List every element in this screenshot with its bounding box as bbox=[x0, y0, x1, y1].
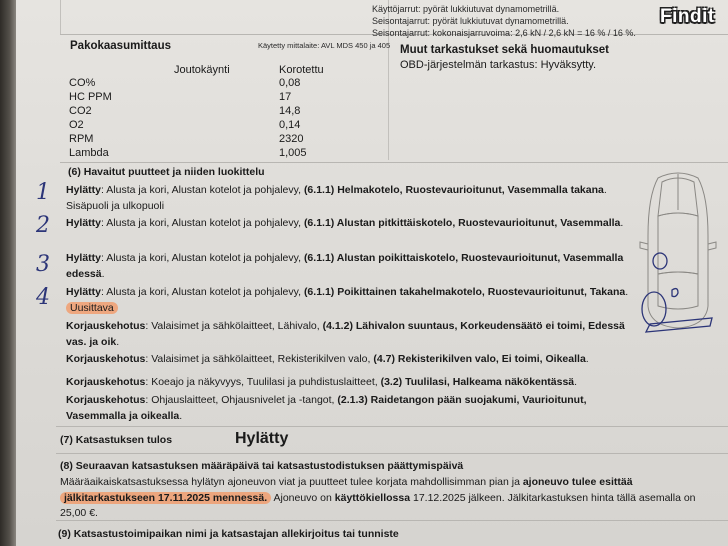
column-header-idle: Joutokäynti bbox=[174, 64, 230, 76]
defect-category: : Valaisimet ja sähkölaitteet, Lähivalo, bbox=[145, 320, 322, 332]
exhaust-row: CO% 0,08 bbox=[69, 77, 369, 91]
bold-text: ajoneuvo tulee esittää bbox=[523, 476, 633, 488]
divider bbox=[56, 453, 728, 454]
result-value: Hylätty bbox=[235, 430, 288, 448]
punctuation: . bbox=[102, 268, 105, 280]
exhaust-row: HC PPM 17 bbox=[69, 91, 369, 105]
defect-category: : Alusta ja kori, Alustan kotelot ja poh… bbox=[101, 217, 304, 229]
punctuation: . bbox=[116, 336, 119, 348]
divider bbox=[60, 162, 728, 163]
exhaust-label: Lambda bbox=[69, 147, 109, 159]
defects-title: (6) Havaitut puutteet ja niiden luokitte… bbox=[68, 166, 265, 178]
defect-item: Korjauskehotus: Valaisimet ja sähkölaitt… bbox=[66, 318, 636, 350]
punctuation: . bbox=[625, 286, 628, 298]
next-inspection-title: (8) Seuraavan katsastuksen määräpäivä ta… bbox=[60, 460, 463, 472]
exhaust-value: 0,08 bbox=[279, 77, 300, 89]
defect-description: (6.1.1) Helmakotelo, Ruostevaurioitunut,… bbox=[304, 184, 604, 196]
defect-item: Korjauskehotus: Koeajo ja näkyvyys, Tuul… bbox=[66, 374, 636, 390]
findit-logo: Findit bbox=[660, 6, 715, 28]
exhaust-value: 0,14 bbox=[279, 119, 300, 131]
defect-description: (4.7) Rekisterikilven valo, Ei toimi, Oi… bbox=[373, 353, 585, 365]
defect-description: (6.1.1) Alustan pitkittäiskotelo, Ruoste… bbox=[304, 217, 620, 229]
brake-line: Käyttöjarrut: pyörät lukkiutuvat dynamom… bbox=[372, 3, 636, 15]
text: Määräaikaiskatsastuksessa hylätyn ajoneu… bbox=[60, 476, 523, 488]
highlighted-note: Uusittava bbox=[66, 302, 118, 314]
brake-line: Seisontajarrut: pyörät lukkiutuvat dynam… bbox=[372, 15, 636, 27]
car-diagram-icon bbox=[636, 166, 720, 334]
defect-status: Hylätty bbox=[66, 184, 101, 196]
defect-category: : Alusta ja kori, Alustan kotelot ja poh… bbox=[101, 184, 304, 196]
signature-title: (9) Katsastustoimipaikan nimi ja katsast… bbox=[58, 528, 399, 540]
handwritten-number: 1 bbox=[36, 180, 50, 205]
exhaust-label: CO2 bbox=[69, 105, 92, 117]
punctuation: . bbox=[179, 410, 182, 422]
exhaust-value: 1,005 bbox=[279, 147, 307, 159]
punctuation: . bbox=[586, 353, 589, 365]
exhaust-title: Pakokaasumittaus bbox=[70, 40, 171, 52]
handwritten-number: 3 bbox=[36, 252, 50, 277]
defect-item: Hylätty: Alusta ja kori, Alustan kotelot… bbox=[66, 182, 636, 214]
defect-description: (6.1.1) Poikittainen takahelmakotelo, Ru… bbox=[304, 286, 625, 298]
exhaust-row: O2 0,14 bbox=[69, 119, 369, 133]
exhaust-row: RPM 2320 bbox=[69, 133, 369, 147]
defect-item: Korjauskehotus: Ohjauslaitteet, Ohjausni… bbox=[66, 392, 636, 424]
handwritten-number: 4 bbox=[36, 285, 50, 310]
divider bbox=[60, 0, 61, 34]
defect-status: Korjauskehotus bbox=[66, 353, 145, 365]
defect-status: Korjauskehotus bbox=[66, 394, 145, 406]
defect-status: Korjauskehotus bbox=[66, 320, 145, 332]
exhaust-device: Käytetty mittalaite: AVL MDS 450 ja 405 bbox=[258, 41, 390, 50]
defect-description: (3.2) Tuulilasi, Halkeama näkökentässä bbox=[381, 376, 575, 388]
defect-item: Hylätty: Alusta ja kori, Alustan kotelot… bbox=[66, 215, 636, 231]
exhaust-label: O2 bbox=[69, 119, 84, 131]
other-checks-title: Muut tarkastukset sekä huomautukset bbox=[400, 44, 609, 56]
exhaust-label: HC PPM bbox=[69, 91, 112, 103]
binder-edge bbox=[0, 0, 16, 546]
handwritten-number: 2 bbox=[36, 213, 50, 238]
defect-status: Hylätty bbox=[66, 252, 101, 264]
punctuation: . bbox=[574, 376, 577, 388]
exhaust-row: CO2 14,8 bbox=[69, 105, 369, 119]
defect-status: Korjauskehotus bbox=[66, 376, 145, 388]
brake-line: Seisontajarrut: kokonaisjarruvoima: 2,6 … bbox=[372, 27, 636, 39]
result-title: (7) Katsastuksen tulos bbox=[60, 434, 172, 446]
defect-category: : Alusta ja kori, Alustan kotelot ja poh… bbox=[101, 286, 304, 298]
highlighted-deadline: jälkitarkastukseen 17.11.2025 mennessä. bbox=[60, 492, 271, 504]
column-header-raised: Korotettu bbox=[279, 64, 324, 76]
exhaust-row: Lambda 1,005 bbox=[69, 147, 369, 161]
bold-text: käyttökiellossa bbox=[335, 492, 410, 504]
divider bbox=[56, 426, 728, 427]
next-inspection-text: Määräaikaiskatsastuksessa hylätyn ajoneu… bbox=[60, 475, 720, 522]
exhaust-value: 17 bbox=[279, 91, 291, 103]
defect-category: : Koeajo ja näkyvyys, Tuulilasi ja puhdi… bbox=[145, 376, 380, 388]
defect-category: : Ohjauslaitteet, Ohjausnivelet ja -tang… bbox=[145, 394, 337, 406]
defect-category: : Alusta ja kori, Alustan kotelot ja poh… bbox=[101, 252, 304, 264]
exhaust-value: 2320 bbox=[279, 133, 303, 145]
defect-item: Hylätty: Alusta ja kori, Alustan kotelot… bbox=[66, 284, 636, 316]
defect-category: : Valaisimet ja sähkölaitteet, Rekisteri… bbox=[145, 353, 373, 365]
exhaust-label: RPM bbox=[69, 133, 93, 145]
exhaust-value: 14,8 bbox=[279, 105, 300, 117]
defect-status: Hylätty bbox=[66, 286, 101, 298]
obd-result: OBD-järjestelmän tarkastus: Hyväksytty. bbox=[400, 59, 596, 71]
defect-note: Sisäpuoli ja ulkopuoli bbox=[66, 200, 164, 212]
brake-results: Käyttöjarrut: pyörät lukkiutuvat dynamom… bbox=[372, 3, 636, 39]
defect-status: Hylätty bbox=[66, 217, 101, 229]
punctuation: . bbox=[620, 217, 623, 229]
exhaust-label: CO% bbox=[69, 77, 95, 89]
defect-item: Korjauskehotus: Valaisimet ja sähkölaitt… bbox=[66, 351, 636, 367]
punctuation: . bbox=[604, 184, 607, 196]
text: Ajoneuvo on bbox=[271, 492, 335, 504]
defect-item: Hylätty: Alusta ja kori, Alustan kotelot… bbox=[66, 250, 636, 282]
